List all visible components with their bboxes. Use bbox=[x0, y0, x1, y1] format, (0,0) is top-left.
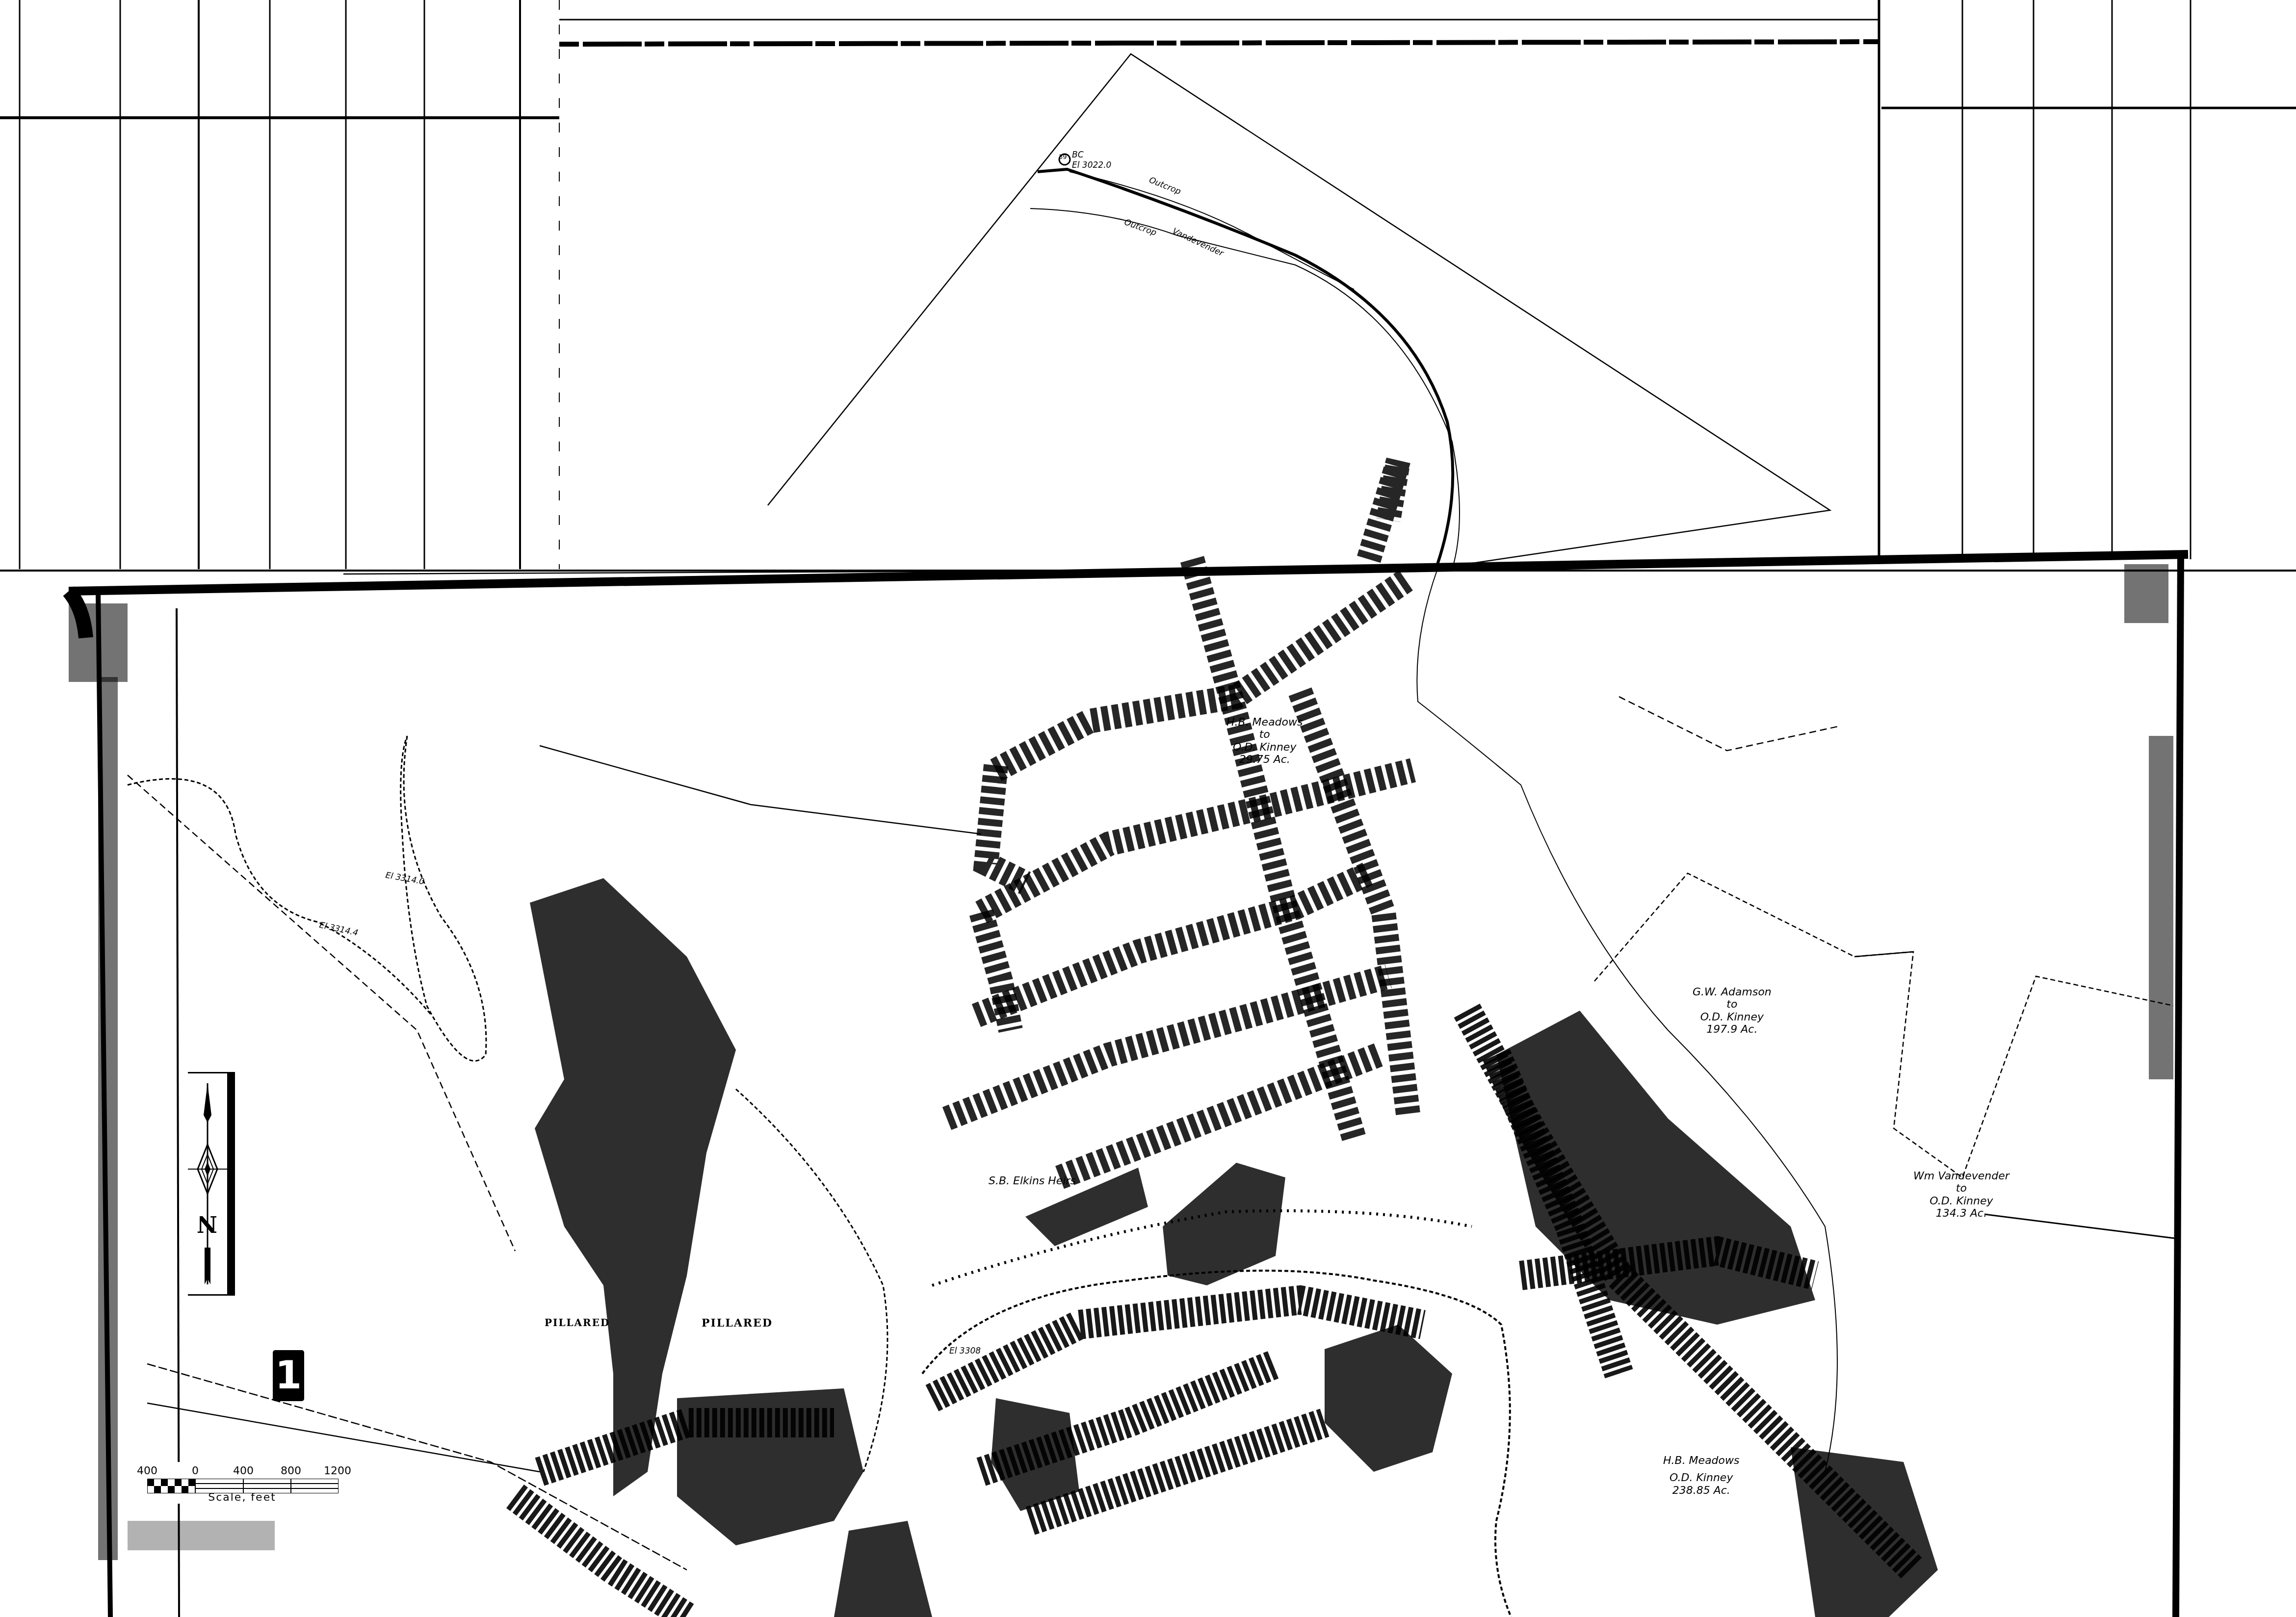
scale-bar: 400 0 400 800 1200 Scale, feet bbox=[130, 1462, 354, 1504]
property-boundaries bbox=[128, 54, 2178, 1570]
scale-tick: 400 bbox=[233, 1465, 254, 1477]
grid-lines bbox=[0, 0, 2296, 571]
scale-tick: 800 bbox=[281, 1465, 301, 1477]
north-arrow: N bbox=[188, 1072, 235, 1296]
scale-tick: 400 bbox=[137, 1465, 157, 1477]
grantee: O.D. Kinney bbox=[1226, 741, 1303, 754]
north-letter: N bbox=[197, 1211, 217, 1237]
pillared-label-east: PILLARED bbox=[702, 1317, 773, 1330]
grantor: G.W. Adamson bbox=[1693, 986, 1772, 998]
sheet-number-badge: 1 bbox=[273, 1350, 304, 1401]
survey-station-label-1: BC bbox=[1072, 151, 1084, 160]
survey-station-elevation: El 3022.0 bbox=[1072, 161, 1111, 171]
grantee: O.D. Kinney bbox=[1693, 1011, 1772, 1023]
grantor: Wm Vandevender bbox=[1913, 1170, 2009, 1182]
to-word: to bbox=[1226, 729, 1303, 741]
elkins-heirs-label: S.B. Elkins Heirs bbox=[989, 1175, 1076, 1187]
property-label-adamson: G.W. Adamson to O.D. Kinney 197.9 Ac. bbox=[1693, 986, 1772, 1036]
property-label-meadows-1: H.B. Meadows to O.D. Kinney 29.75 Ac. bbox=[1226, 716, 1303, 766]
property-label-vandevender: Wm Vandevender to O.D. Kinney 134.3 Ac. bbox=[1913, 1170, 2009, 1220]
acreage: 134.3 Ac. bbox=[1913, 1207, 2009, 1220]
acreage: 29.75 Ac. bbox=[1226, 754, 1303, 766]
grantor: H.B. Meadows bbox=[1663, 1455, 1740, 1467]
scale-ticks: 400 0 400 800 1200 bbox=[130, 1465, 354, 1478]
to-word: to bbox=[1693, 998, 1772, 1011]
grantee: O.D. Kinney bbox=[1913, 1195, 2009, 1207]
scale-tick: 1200 bbox=[324, 1465, 351, 1477]
mine-map-canvas bbox=[0, 0, 2296, 1617]
pillared-label-west: PILLARED bbox=[545, 1317, 610, 1329]
acreage: 197.9 Ac. bbox=[1693, 1023, 1772, 1036]
grantee: O.D. Kinney bbox=[1663, 1472, 1740, 1484]
acreage: 238.85 Ac. bbox=[1663, 1485, 1740, 1497]
north-arrow-icon bbox=[188, 1073, 227, 1294]
to-word: to bbox=[1913, 1182, 2009, 1195]
scale-caption: Scale, feet bbox=[130, 1491, 354, 1504]
scale-tick: 0 bbox=[192, 1465, 199, 1477]
property-label-meadows-2: H.B. Meadows O.D. Kinney 238.85 Ac. bbox=[1663, 1455, 1740, 1497]
elevation-label-3: El 3308 bbox=[949, 1347, 981, 1356]
grantor: H.B. Meadows bbox=[1226, 716, 1303, 729]
survey-station-id: 39 bbox=[1059, 154, 1067, 161]
